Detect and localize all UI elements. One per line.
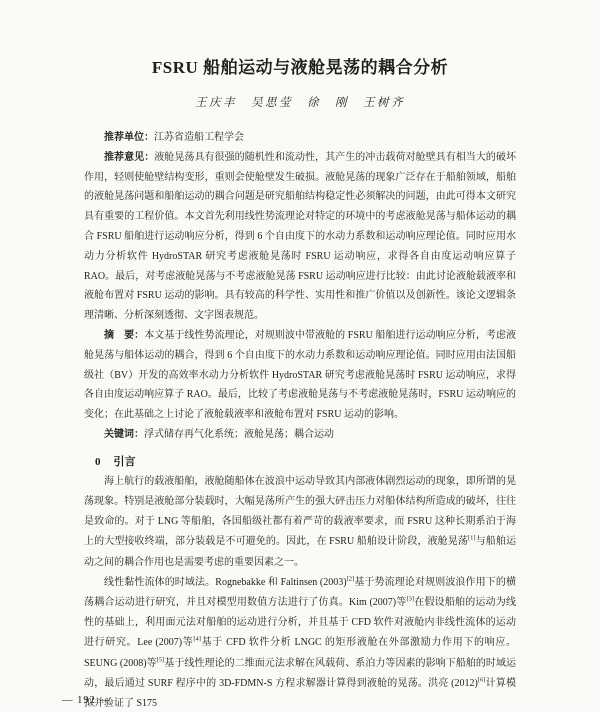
intro-paragraph-2: 线性黏性流体的时域法。Rognebakke 和 Faltinsen (2003)… [84, 573, 516, 712]
section-title: 引言 [114, 456, 136, 468]
recommend-opinion-label: 推荐意见： [104, 152, 154, 163]
paper-page: FSRU 船舶运动与液舱晃荡的耦合分析 王庆丰 吴思莹 徐 刚 王树齐 推荐单位… [0, 0, 600, 712]
recommend-opinion-text: 液舱晃荡具有很强的随机性和流动性，其产生的冲击载荷对舱壁具有相当大的破坏作用，轻… [84, 152, 516, 321]
paper-title: FSRU 船舶运动与液舱晃荡的耦合分析 [84, 58, 516, 78]
front-matter: 推荐单位：江苏省造船工程学会 推荐意见：液舱晃荡具有很强的随机性和流动性，其产生… [84, 128, 516, 445]
citation-ref-3: [3] [406, 596, 414, 603]
keywords-label: 关键词： [104, 429, 144, 440]
introduction-section: 海上航行的载液船舶，液舱随船体在波浪中运动导致其内部液体剧烈运动的现象，即所谓的… [84, 472, 516, 712]
recommend-unit-paragraph: 推荐单位：江苏省造船工程学会 [84, 128, 516, 148]
recommend-opinion-paragraph: 推荐意见：液舱晃荡具有很强的随机性和流动性，其产生的冲击载荷对舱壁具有相当大的破… [84, 148, 516, 326]
paragraph-text: 线性黏性流体的时域法。Rognebakke 和 Faltinsen (2003) [104, 577, 347, 588]
abstract-paragraph: 摘 要：本文基于线性势流理论，对规则波中带液舱的 FSRU 船舶进行运动响应分析… [84, 326, 516, 425]
section-heading-introduction: 0引言 [84, 452, 516, 472]
abstract-label: 摘 要： [104, 330, 144, 341]
abstract-text: 本文基于线性势流理论，对规则波中带液舱的 FSRU 船舶进行运动响应分析，考虑液… [84, 330, 516, 420]
authors-line: 王庆丰 吴思莹 徐 刚 王树齐 [84, 96, 516, 110]
page-number: — 192 — [62, 695, 111, 706]
recommend-unit-label: 推荐单位： [104, 132, 154, 143]
keywords-paragraph: 关键词：浮式储存再气化系统；液舱晃荡；耦合运动 [84, 425, 516, 445]
paragraph-text: 海上航行的载液船舶，液舱随船体在波浪中运动导致其内部液体剧烈运动的现象，即所谓的… [84, 476, 516, 548]
recommend-unit-text: 江苏省造船工程学会 [154, 132, 244, 143]
keywords-text: 浮式储存再气化系统；液舱晃荡；耦合运动 [144, 429, 334, 440]
section-number: 0 [95, 456, 101, 468]
citation-ref-1: [1] [468, 535, 476, 542]
intro-paragraph-1: 海上航行的载液船舶，液舱随船体在波浪中运动导致其内部液体剧烈运动的现象，即所谓的… [84, 472, 516, 573]
citation-ref-4: [4] [193, 636, 201, 643]
